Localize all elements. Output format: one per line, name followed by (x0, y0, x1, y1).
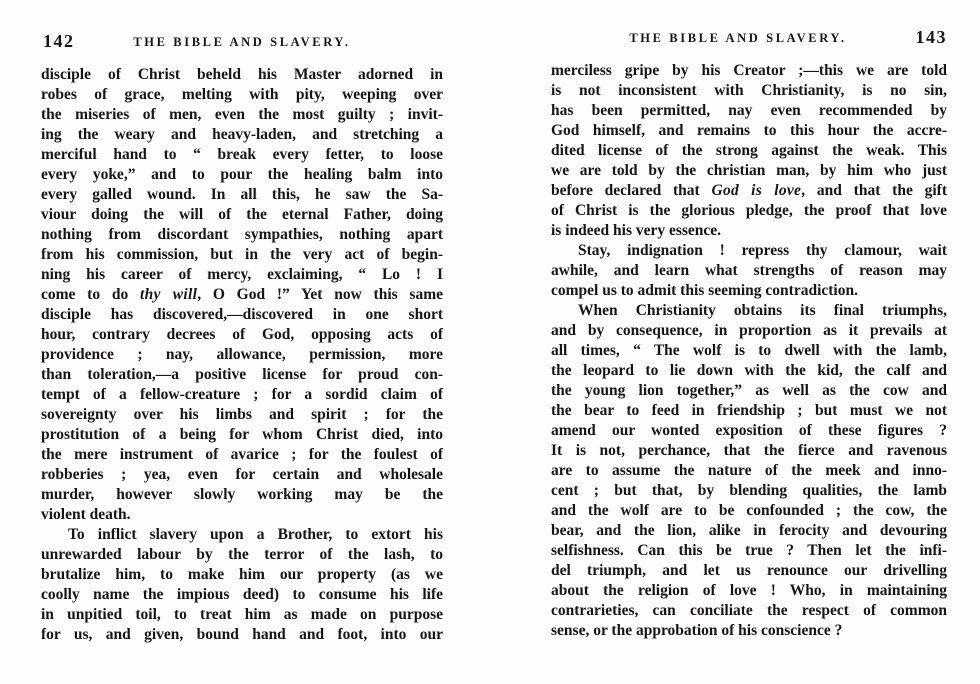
text-line: and the wolf are to be confounded ; the … (551, 501, 947, 521)
page-number-right: 143 (916, 27, 948, 48)
page-text-right: merciless gripe by his Creator ;—this we… (551, 61, 947, 641)
text-line: compel us to admit this seeming contradi… (551, 281, 947, 301)
text-line: awhile, and learn what strengths of reas… (551, 261, 947, 281)
text-line: cent ; but that, by blending qualities, … (551, 481, 947, 501)
text-line: all times, “ The wolf is to dwell with t… (551, 341, 947, 361)
text-line: has been permitted, nay even recommended… (551, 101, 947, 121)
text-line: amend our wonted exposition of these fig… (551, 421, 947, 441)
text-line: the miseries of men, even the most guilt… (41, 105, 443, 125)
text-line: brutalize him, to make him our property … (41, 565, 443, 585)
text-line: nothing from discordant sympathies, noth… (41, 225, 443, 245)
text-line: sense, or the approbation of his conscie… (551, 621, 947, 641)
text-line: prostitution of a being for whom Christ … (41, 425, 443, 445)
text-line: merciful hand to “ break every fetter, t… (41, 145, 443, 165)
text-line: from his commission, but in the very act… (41, 245, 443, 265)
text-line: before declared that God is love, and th… (551, 181, 947, 201)
text-line: It is not, perchance, that the fierce an… (551, 441, 947, 461)
text-line: the young lion together,” as well as the… (551, 381, 947, 401)
text-line: sovereignty over his limbs and spirit ; … (41, 405, 443, 425)
text-line: When Christianity obtains its final triu… (551, 301, 947, 321)
page-left: 142 THE BIBLE AND SLAVERY. disciple of C… (41, 31, 443, 645)
text-line: unrewarded labour by the terror of the l… (41, 545, 443, 565)
text-line: come to do thy will, O God !” Yet now th… (41, 285, 443, 305)
text-line: dited license of the strong against the … (551, 141, 947, 161)
book-spread: 142 THE BIBLE AND SLAVERY. disciple of C… (0, 0, 980, 684)
text-line: bear, and the lion, alike in ferocity an… (551, 521, 947, 541)
text-line: and by consequence, in proportion as it … (551, 321, 947, 341)
text-line: God himself, and remains to this hour th… (551, 121, 947, 141)
page-right: THE BIBLE AND SLAVERY. 143 merciless gri… (551, 27, 947, 641)
text-line: is not inconsistent with Christianity, i… (551, 81, 947, 101)
text-line: the mere instrument of avarice ; for the… (41, 445, 443, 465)
text-line: selfishness. Can this be true ? Then let… (551, 541, 947, 561)
text-line: del triumph, and let us renounce our dri… (551, 561, 947, 581)
text-line: disciple of Christ beheld his Master ado… (41, 65, 443, 85)
text-line: Stay, indignation ! repress thy clamour,… (551, 241, 947, 261)
text-line: merciless gripe by his Creator ;—this we… (551, 61, 947, 81)
text-line: To inflict slavery upon a Brother, to ex… (41, 525, 443, 545)
text-line: ing the weary and heavy-laden, and stret… (41, 125, 443, 145)
text-line: coolly name the impious deed) to consume… (41, 585, 443, 605)
text-line: about the religion of love ! Who, in mai… (551, 581, 947, 601)
text-line: tempt of a fellow-creature ; for a sordi… (41, 385, 443, 405)
text-line: we are told by the christian man, by him… (551, 161, 947, 181)
text-line: contrarieties, can conciliate the respec… (551, 601, 947, 621)
page-header-left: 142 THE BIBLE AND SLAVERY. (41, 31, 443, 53)
text-line: robberies ; yea, even for certain and wh… (41, 465, 443, 485)
text-line: murder, however slowly working may be th… (41, 485, 443, 505)
text-line: of Christ is the glorious pledge, the pr… (551, 201, 947, 221)
text-line: the bear to feed in friendship ; but mus… (551, 401, 947, 421)
running-title-left: THE BIBLE AND SLAVERY. (41, 35, 443, 50)
text-line: are to assume the nature of the meek and… (551, 461, 947, 481)
page-text-left: disciple of Christ beheld his Master ado… (41, 65, 443, 645)
text-line: violent death. (41, 505, 443, 525)
text-line: providence ; nay, allowance, permission,… (41, 345, 443, 365)
text-line: the leopard to lie down with the kid, th… (551, 361, 947, 381)
text-line: ning his career of mercy, exclaiming, “ … (41, 265, 443, 285)
text-line: is indeed his very essence. (551, 221, 947, 241)
text-line: than toleration,—a positive license for … (41, 365, 443, 385)
text-line: every yoke,” and to pour the healing bal… (41, 165, 443, 185)
text-line: disciple has discovered,—discovered in o… (41, 305, 443, 325)
running-title-right: THE BIBLE AND SLAVERY. (551, 31, 925, 46)
text-line: hour, contrary decrees of God, opposing … (41, 325, 443, 345)
page-header-right: THE BIBLE AND SLAVERY. 143 (551, 27, 947, 49)
text-line: viour doing the will of the eternal Fath… (41, 205, 443, 225)
text-line: in unpitied toil, to treat him as made o… (41, 605, 443, 625)
text-line: every galled wound. In all this, he saw … (41, 185, 443, 205)
text-line: for us, and given, bound hand and foot, … (41, 625, 443, 645)
text-line: robes of grace, melting with pity, weepi… (41, 85, 443, 105)
